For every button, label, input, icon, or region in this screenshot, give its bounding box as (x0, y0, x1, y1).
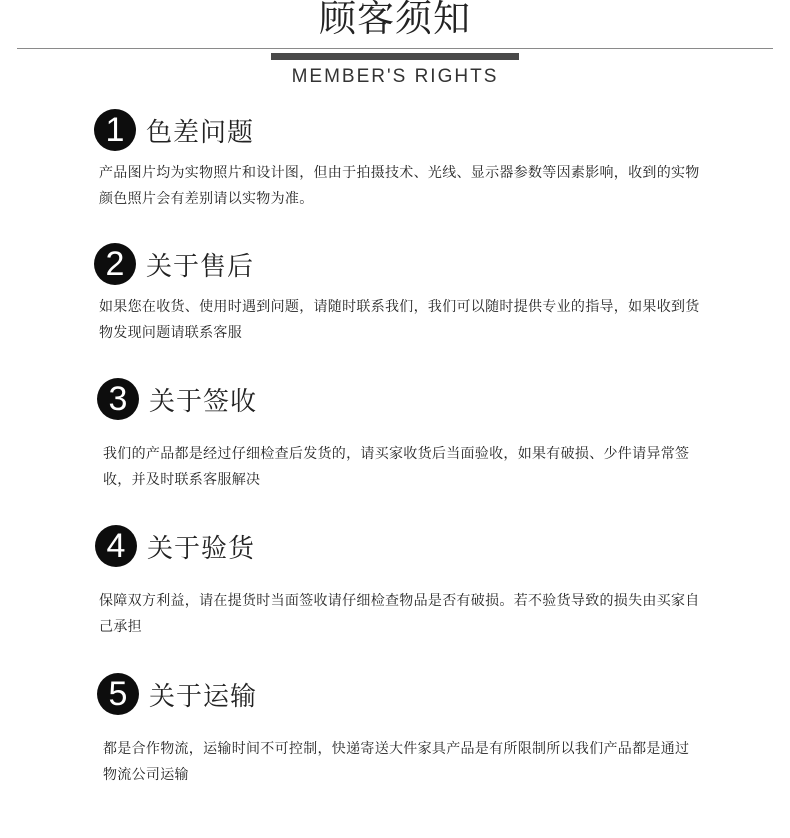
section-body: 产品图片均为实物照片和设计图，但由于拍摄技术、光线、显示器参数等因素影响，收到的… (99, 160, 709, 212)
number-circle-icon: 5 (97, 673, 139, 715)
section-body: 我们的产品都是经过仔细检查后发货的，请买家收货后当面验收，如果有破损、少件请异常… (103, 441, 713, 493)
number-circle-icon: 1 (94, 109, 136, 151)
section-body: 保障双方利益，请在提货时当面签收请仔细检查物品是否有破损。若不验货导致的损失由买… (99, 588, 709, 640)
title-divider (17, 48, 773, 49)
title-accent-bar (271, 53, 519, 60)
section-title: 关于售后 (146, 246, 254, 283)
number-circle-icon: 3 (97, 378, 139, 420)
number-circle-icon: 4 (95, 525, 137, 567)
section-heading: 5 关于运输 (97, 673, 257, 715)
number-circle-icon: 2 (94, 243, 136, 285)
section-body: 都是合作物流，运输时间不可控制，快递寄送大件家具产品是有所限制所以我们产品都是通… (103, 736, 698, 788)
page-subtitle: MEMBER'S RIGHTS (0, 66, 790, 88)
section-heading: 3 关于签收 (97, 378, 257, 420)
section-heading: 4 关于验货 (95, 525, 255, 567)
section-heading: 1 色差问题 (94, 109, 254, 151)
section-title: 关于运输 (149, 676, 257, 713)
section-body: 如果您在收货、使用时遇到问题，请随时联系我们，我们可以随时提供专业的指导，如果收… (99, 294, 709, 346)
section-title: 关于验货 (147, 528, 255, 565)
section-title: 关于签收 (149, 381, 257, 418)
section-heading: 2 关于售后 (94, 243, 254, 285)
page-title: 顾客须知 (0, 0, 790, 40)
section-title: 色差问题 (146, 112, 254, 149)
